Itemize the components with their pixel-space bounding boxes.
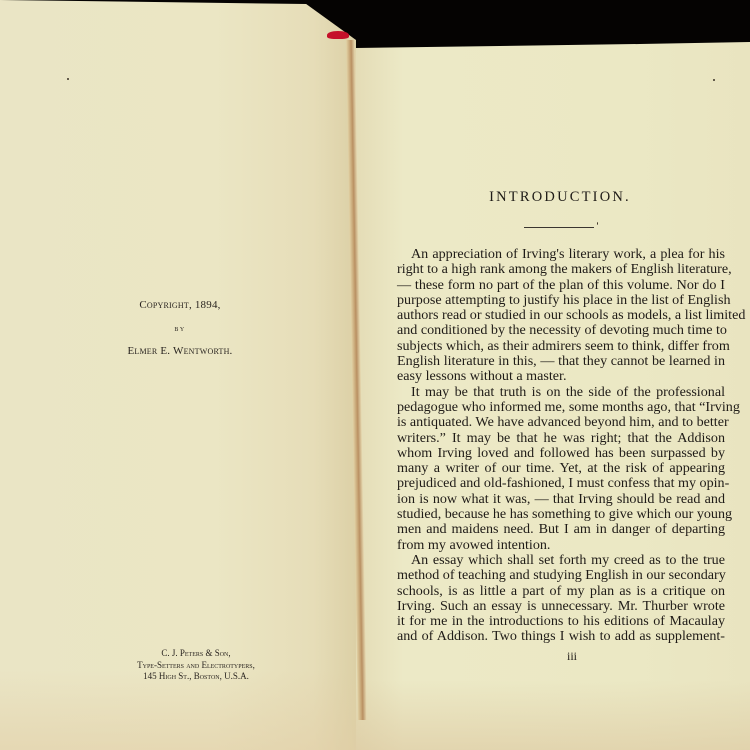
text-line: method of teaching and studying English … [397,568,725,583]
ribbon-bookmark [327,31,349,39]
text-line: is antiquated. We have advanced beyond h… [397,415,725,430]
paragraph: It may be that truth is on the side of t… [397,385,725,553]
copyright-notice: Copyright, 1894, by Elmer E. Wentworth. [100,300,260,370]
heading-rule [524,227,594,228]
introduction-body: An appreciation of Irving's literary wor… [397,247,725,645]
text-line: ion is now what it was, — that Irving sh… [397,492,725,507]
printer-imprint: C. J. Peters & Son, Type-Setters and Ele… [96,648,296,683]
page-number: iii [560,649,584,664]
left-page [0,0,356,750]
text-line: and conditioned by the necessity of devo… [397,323,725,338]
imprint-trade: Type-Setters and Electrotypers, [96,660,296,672]
text-line: prejudiced and old-fashioned, I must con… [397,476,725,491]
text-line: it for me in the introductions to his ed… [397,614,725,629]
paragraph: An appreciation of Irving's literary wor… [397,247,725,385]
text-line: English literature in this, — that they … [397,354,725,369]
text-line: Irving. Such an essay is unnecessary. Mr… [397,599,725,614]
text-line: whom Irving loved and followed has been … [397,446,725,461]
text-line: and of Addison. Two things I wish to add… [397,629,725,644]
paper-speck [597,222,598,225]
text-line: An essay which shall set forth my creed … [397,553,725,568]
chapter-heading: INTRODUCTION. [480,189,640,206]
text-line: studied, because he has something to giv… [397,507,725,522]
text-line: authors read or studied in our schools a… [397,308,725,323]
paragraph: An essay which shall set forth my creed … [397,553,725,645]
text-line: right to a high rank among the makers of… [397,262,725,277]
paper-speck [67,78,69,80]
text-line: — these form no part of the plan of this… [397,278,725,293]
text-line: It may be that truth is on the side of t… [397,385,725,400]
copyright-by: by [100,324,260,333]
text-line: men and maidens need. But I am in danger… [397,522,725,537]
text-line: many a writer of our time. Yet, at the r… [397,461,725,476]
text-line: from my avowed intention. [397,538,725,553]
imprint-address: 145 High St., Boston, U.S.A. [96,671,296,683]
paper-speck [713,79,715,81]
text-line: writers.” It may be that he was right; t… [397,431,725,446]
text-line: easy lessons without a master. [397,369,725,384]
copyright-year: Copyright, 1894, [100,300,260,311]
text-line: schools, is as little a part of my plan … [397,584,725,599]
text-line: subjects which, as their admirers seem t… [397,339,725,354]
text-line: An appreciation of Irving's literary wor… [397,247,725,262]
imprint-printer: C. J. Peters & Son, [96,648,296,660]
book-spread: Copyright, 1894, by Elmer E. Wentworth. … [0,0,750,750]
copyright-author: Elmer E. Wentworth. [100,346,260,357]
text-line: purpose attempting to justify his place … [397,293,725,308]
text-line: pedagogue who informed me, some months a… [397,400,725,415]
